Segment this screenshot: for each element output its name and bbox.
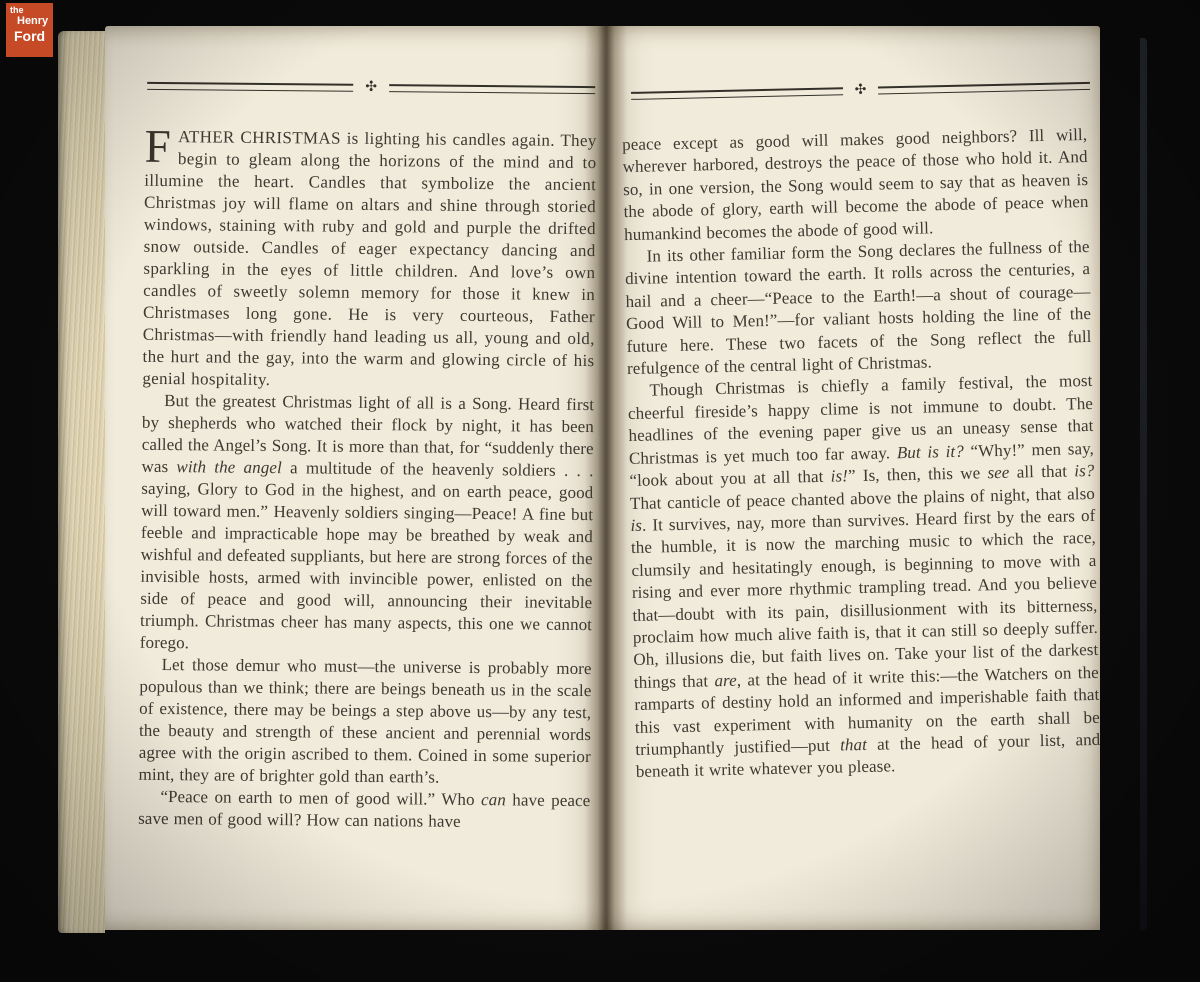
right-page-text: peace except as good will makes good nei… [622,124,1101,784]
open-book: ✣ FATHER CHRISTMAS is lighting his candl… [58,26,1138,936]
paragraph: But the greatest Christmas light of all … [140,390,595,658]
logo-text-ford: Ford [14,29,53,43]
henry-ford-logo: the Henry Ford [6,3,53,57]
paragraph: In its other familiar form the Song decl… [624,236,1092,381]
paragraph: “Peace on earth to men of good will.” Wh… [138,786,590,834]
dropcap-letter: F [144,126,178,165]
header-rule-left: ✣ [147,78,595,98]
logo-text-henry: Henry [17,16,53,27]
paragraph: Let those demur who must—the universe is… [138,654,591,790]
left-page-text: FATHER CHRISTMAS is lighting his candles… [138,126,597,834]
rule-line [631,87,843,100]
rule-line [147,82,353,92]
logo-text-the: the [10,6,53,15]
rule-line [878,82,1090,95]
right-page-content: ✣ peace except as good will makes good n… [604,26,1119,941]
paragraph: peace except as good will makes good nei… [622,124,1089,246]
left-page: ✣ FATHER CHRISTMAS is lighting his candl… [105,26,605,930]
header-rule-right: ✣ [631,78,1090,104]
left-page-content: ✣ FATHER CHRISTMAS is lighting his candl… [97,25,606,934]
book-cover-rim [1140,38,1147,930]
right-page: ✣ peace except as good will makes good n… [605,26,1100,930]
fleuron-icon: ✣ [854,82,866,98]
fleuron-icon: ✣ [365,79,377,95]
paragraph: Though Christmas is chiefly a family fes… [627,370,1101,783]
rule-line [389,84,595,94]
paragraph-text: ATHER CHRISTMAS is lighting his candles … [142,127,596,389]
paragraph: FATHER CHRISTMAS is lighting his candles… [142,126,597,394]
